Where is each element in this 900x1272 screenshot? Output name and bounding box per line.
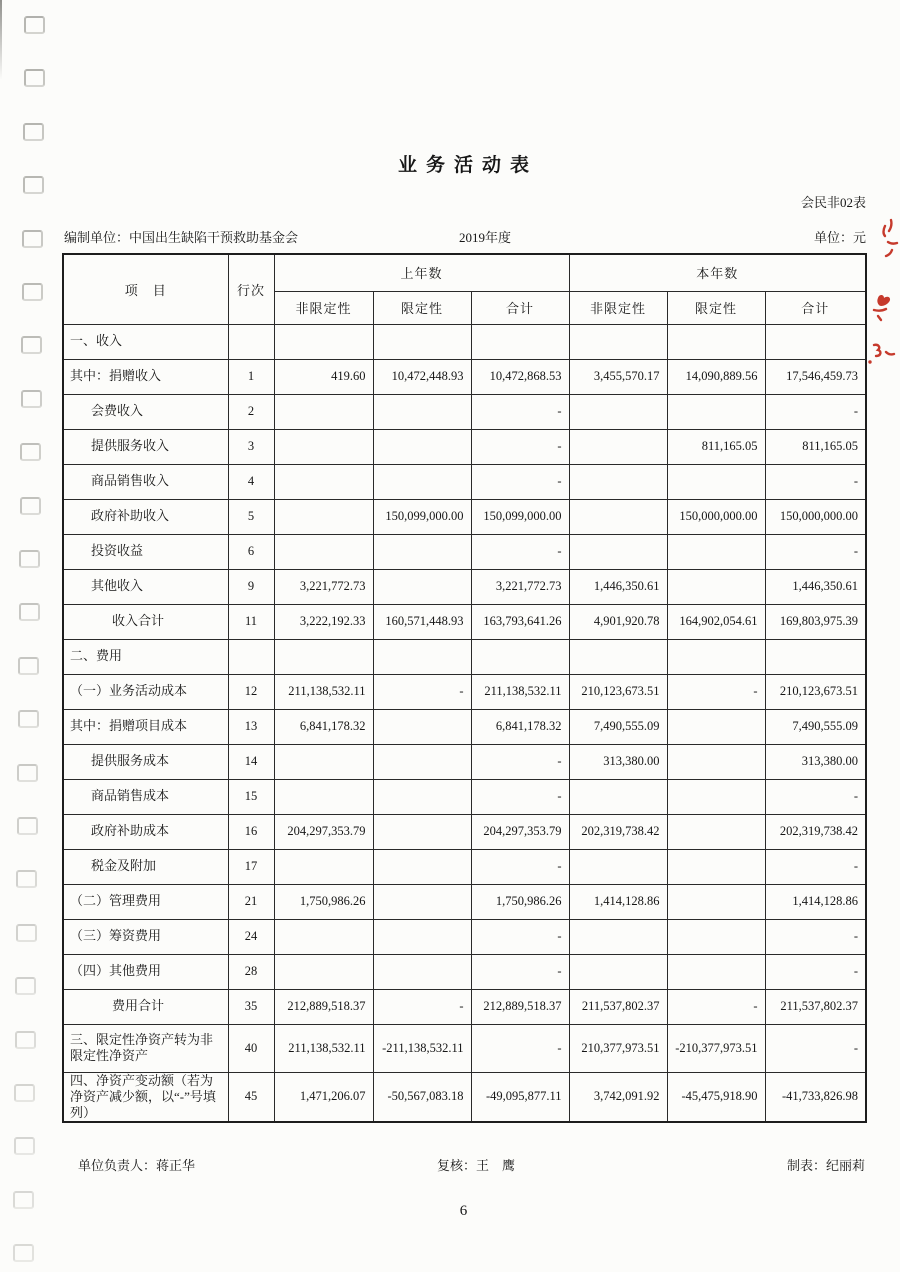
col-subheader-curr-restricted: 限定性	[667, 291, 765, 324]
row-value-cell: 6,841,178.32	[274, 709, 373, 744]
row-value-cell	[373, 814, 471, 849]
table-row: 商品销售成本15--	[63, 779, 866, 814]
row-value-cell	[373, 464, 471, 499]
row-value-cell: 1,750,986.26	[471, 884, 569, 919]
row-value-cell: -	[471, 429, 569, 464]
row-value-cell: 210,123,673.51	[765, 674, 866, 709]
table-row: 提供服务成本14-313,380.00313,380.00	[63, 744, 866, 779]
row-value-cell: -	[667, 674, 765, 709]
binding-hole	[24, 16, 45, 34]
table-row: 政府补助成本16204,297,353.79204,297,353.79202,…	[63, 814, 866, 849]
row-value-cell	[569, 534, 667, 569]
table-row: 收入合计113,222,192.33160,571,448.93163,793,…	[63, 604, 866, 639]
row-value-cell	[373, 639, 471, 674]
row-line-number: 12	[228, 674, 274, 709]
row-value-cell	[569, 849, 667, 884]
row-value-cell: 163,793,641.26	[471, 604, 569, 639]
row-line-number: 28	[228, 954, 274, 989]
page-title: 业务活动表	[62, 150, 865, 177]
row-value-cell: 150,099,000.00	[373, 499, 471, 534]
binding-hole	[17, 764, 38, 782]
row-value-cell: 150,099,000.00	[471, 499, 569, 534]
row-value-cell: 14,090,889.56	[667, 359, 765, 394]
row-value-cell: -	[471, 919, 569, 954]
signature-row: 单位负责人：蒋正华 复核：王 鹰 制表：纪丽莉	[62, 1155, 865, 1175]
row-value-cell: 204,297,353.79	[274, 814, 373, 849]
row-value-cell	[667, 919, 765, 954]
table-row: 会费收入2--	[63, 394, 866, 429]
row-value-cell	[373, 429, 471, 464]
binding-hole	[20, 497, 41, 515]
row-value-cell	[274, 954, 373, 989]
row-value-cell	[373, 324, 471, 359]
row-item-label: 提供服务收入	[63, 429, 228, 464]
row-value-cell: -	[471, 954, 569, 989]
responsible-name: 蒋正华	[156, 1158, 195, 1173]
row-value-cell	[765, 324, 866, 359]
binding-holes	[0, 0, 60, 1272]
row-value-cell	[274, 639, 373, 674]
row-value-cell	[569, 429, 667, 464]
row-value-cell	[274, 534, 373, 569]
row-value-cell	[274, 324, 373, 359]
row-value-cell	[274, 744, 373, 779]
binding-hole	[14, 1084, 35, 1102]
binding-hole	[23, 123, 44, 141]
row-value-cell	[274, 429, 373, 464]
row-line-number: 13	[228, 709, 274, 744]
row-value-cell: 3,742,091.92	[569, 1072, 667, 1122]
row-item-label: 四、净资产变动额（若为净资产减少额，以“-”号填列）	[63, 1072, 228, 1122]
row-item-label: 三、限定性净资产转为非限定性净资产	[63, 1024, 228, 1072]
row-line-number: 11	[228, 604, 274, 639]
row-value-cell: 3,222,192.33	[274, 604, 373, 639]
row-value-cell	[667, 534, 765, 569]
table-row: 四、净资产变动额（若为净资产减少额，以“-”号填列）451,471,206.07…	[63, 1072, 866, 1122]
row-value-cell	[667, 324, 765, 359]
row-value-cell: -	[765, 464, 866, 499]
binding-hole	[21, 390, 42, 408]
row-value-cell: 7,490,555.09	[765, 709, 866, 744]
row-line-number	[228, 324, 274, 359]
row-value-cell: 164,902,054.61	[667, 604, 765, 639]
row-value-cell: 811,165.05	[765, 429, 866, 464]
row-value-cell	[471, 324, 569, 359]
row-value-cell: 1,471,206.07	[274, 1072, 373, 1122]
table-row: 一、收入	[63, 324, 866, 359]
table-row: 二、费用	[63, 639, 866, 674]
row-line-number: 6	[228, 534, 274, 569]
row-value-cell: 1,446,350.61	[569, 569, 667, 604]
row-line-number: 1	[228, 359, 274, 394]
reviewer: 复核：王 鹰	[437, 1155, 515, 1174]
binding-hole	[14, 1137, 35, 1155]
prepared-by-label: 编制单位：	[64, 230, 129, 245]
row-value-cell: 150,000,000.00	[667, 499, 765, 534]
row-item-label: 费用合计	[63, 989, 228, 1024]
row-value-cell	[373, 849, 471, 884]
row-item-label: 投资收益	[63, 534, 228, 569]
reviewer-label: 复核：	[437, 1158, 476, 1173]
table-row: （一）业务活动成本12211,138,532.11-211,138,532.11…	[63, 674, 866, 709]
row-value-cell	[373, 394, 471, 429]
row-value-cell: 210,123,673.51	[569, 674, 667, 709]
row-value-cell	[373, 954, 471, 989]
row-value-cell: -	[471, 849, 569, 884]
row-value-cell	[274, 919, 373, 954]
table-row: 提供服务收入3-811,165.05811,165.05	[63, 429, 866, 464]
row-line-number: 5	[228, 499, 274, 534]
preparer-name: 纪丽莉	[826, 1158, 865, 1173]
row-value-cell	[667, 464, 765, 499]
row-line-number: 2	[228, 394, 274, 429]
binding-hole	[20, 443, 41, 461]
table-row: 税金及附加17--	[63, 849, 866, 884]
row-value-cell: 10,472,868.53	[471, 359, 569, 394]
row-value-cell: 3,455,570.17	[569, 359, 667, 394]
row-value-cell: -	[765, 849, 866, 884]
binding-hole	[17, 817, 38, 835]
row-item-label: 其中：捐赠项目成本	[63, 709, 228, 744]
row-value-cell: 202,319,738.42	[569, 814, 667, 849]
table-row: 费用合计35212,889,518.37-212,889,518.37211,5…	[63, 989, 866, 1024]
binding-hole	[18, 710, 39, 728]
form-code: 会民非02表	[801, 192, 866, 211]
row-item-label: （四）其他费用	[63, 954, 228, 989]
scanned-page: 业务活动表 会民非02表 编制单位：中国出生缺陷干预救助基金会 2019年度 单…	[0, 0, 900, 1272]
row-value-cell: -	[471, 534, 569, 569]
row-value-cell: -50,567,083.18	[373, 1072, 471, 1122]
row-value-cell	[373, 534, 471, 569]
row-value-cell	[373, 744, 471, 779]
row-value-cell: 7,490,555.09	[569, 709, 667, 744]
row-value-cell	[667, 639, 765, 674]
table-row: 其他收入93,221,772.733,221,772.731,446,350.6…	[63, 569, 866, 604]
col-header-item: 项 目	[63, 254, 228, 324]
row-value-cell	[569, 464, 667, 499]
row-item-label: 会费收入	[63, 394, 228, 429]
row-value-cell: 419.60	[274, 359, 373, 394]
unit-label: 单位：元	[814, 227, 866, 246]
binding-hole	[15, 1031, 36, 1049]
row-value-cell: 1,446,350.61	[765, 569, 866, 604]
row-value-cell	[667, 779, 765, 814]
row-value-cell	[569, 779, 667, 814]
row-value-cell: 4,901,920.78	[569, 604, 667, 639]
row-value-cell: 1,414,128.86	[569, 884, 667, 919]
row-value-cell: 3,221,772.73	[274, 569, 373, 604]
row-value-cell	[667, 744, 765, 779]
binding-hole	[22, 230, 43, 248]
row-value-cell: 1,414,128.86	[765, 884, 866, 919]
row-item-label: 税金及附加	[63, 849, 228, 884]
binding-hole	[22, 283, 43, 301]
row-item-label: 提供服务成本	[63, 744, 228, 779]
preparer-label: 制表：	[787, 1158, 826, 1173]
table-row: （四）其他费用28--	[63, 954, 866, 989]
row-line-number: 40	[228, 1024, 274, 1072]
row-value-cell	[667, 849, 765, 884]
binding-hole	[13, 1191, 34, 1209]
row-value-cell: 211,537,802.37	[569, 989, 667, 1024]
row-value-cell: 169,803,975.39	[765, 604, 866, 639]
row-value-cell: -211,138,532.11	[373, 1024, 471, 1072]
row-value-cell: -49,095,877.11	[471, 1072, 569, 1122]
table-row: 商品销售收入4--	[63, 464, 866, 499]
row-value-cell: 204,297,353.79	[471, 814, 569, 849]
col-subheader-prev-total: 合计	[471, 291, 569, 324]
binding-hole	[18, 657, 39, 675]
row-value-cell	[667, 814, 765, 849]
row-value-cell: 160,571,448.93	[373, 604, 471, 639]
row-value-cell	[373, 919, 471, 954]
col-subheader-prev-unrestricted: 非限定性	[274, 291, 373, 324]
binding-hole	[23, 176, 44, 194]
row-item-label: 政府补助成本	[63, 814, 228, 849]
row-value-cell	[373, 884, 471, 919]
row-item-label: 其中：捐赠收入	[63, 359, 228, 394]
business-activity-table: 项 目 行次 上年数 本年数 非限定性 限定性 合计 非限定性 限定性 合计 一…	[62, 253, 867, 1123]
row-value-cell: -210,377,973.51	[667, 1024, 765, 1072]
row-value-cell	[569, 394, 667, 429]
row-line-number: 16	[228, 814, 274, 849]
row-value-cell: 6,841,178.32	[471, 709, 569, 744]
row-value-cell: -	[471, 779, 569, 814]
table-row: 三、限定性净资产转为非限定性净资产40211,138,532.11-211,13…	[63, 1024, 866, 1072]
binding-hole	[19, 603, 40, 621]
row-line-number: 15	[228, 779, 274, 814]
row-value-cell: -	[765, 779, 866, 814]
row-value-cell	[471, 639, 569, 674]
row-value-cell: 17,546,459.73	[765, 359, 866, 394]
row-value-cell: -	[765, 394, 866, 429]
row-value-cell: 313,380.00	[569, 744, 667, 779]
row-value-cell	[569, 954, 667, 989]
header-row-groups: 项 目 行次 上年数 本年数	[63, 254, 866, 291]
row-item-label: 一、收入	[63, 324, 228, 359]
row-value-cell: 10,472,448.93	[373, 359, 471, 394]
row-value-cell	[274, 499, 373, 534]
row-line-number: 14	[228, 744, 274, 779]
row-value-cell: -	[471, 394, 569, 429]
table-row: 投资收益6--	[63, 534, 866, 569]
row-item-label: 政府补助收入	[63, 499, 228, 534]
binding-hole	[21, 336, 42, 354]
responsible-label: 单位负责人：	[78, 1158, 156, 1173]
row-item-label: 其他收入	[63, 569, 228, 604]
row-value-cell: 1,750,986.26	[274, 884, 373, 919]
row-line-number	[228, 639, 274, 674]
col-subheader-curr-unrestricted: 非限定性	[569, 291, 667, 324]
row-value-cell	[373, 709, 471, 744]
row-item-label: 商品销售成本	[63, 779, 228, 814]
col-subheader-curr-total: 合计	[765, 291, 866, 324]
table-row: 其中：捐赠收入1419.6010,472,448.9310,472,868.53…	[63, 359, 866, 394]
row-value-cell: 811,165.05	[667, 429, 765, 464]
row-value-cell	[667, 884, 765, 919]
row-item-label: 二、费用	[63, 639, 228, 674]
row-value-cell	[667, 569, 765, 604]
row-value-cell: -	[471, 744, 569, 779]
responsible-person: 单位负责人：蒋正华	[78, 1155, 195, 1174]
row-value-cell	[373, 569, 471, 604]
binding-hole	[19, 550, 40, 568]
row-value-cell: -	[765, 954, 866, 989]
row-value-cell	[667, 954, 765, 989]
row-value-cell: 313,380.00	[765, 744, 866, 779]
binding-hole	[13, 1244, 34, 1262]
row-value-cell	[765, 639, 866, 674]
row-value-cell	[569, 499, 667, 534]
col-header-prev-year: 上年数	[274, 254, 569, 291]
binding-hole	[24, 69, 45, 87]
row-line-number: 4	[228, 464, 274, 499]
fiscal-year: 2019年度	[459, 227, 511, 246]
row-line-number: 21	[228, 884, 274, 919]
row-value-cell	[274, 849, 373, 884]
row-item-label: 商品销售收入	[63, 464, 228, 499]
page-number: 6	[62, 1203, 865, 1220]
row-item-label: 收入合计	[63, 604, 228, 639]
row-line-number: 9	[228, 569, 274, 604]
row-line-number: 35	[228, 989, 274, 1024]
col-header-line-no: 行次	[228, 254, 274, 324]
row-value-cell: 211,138,532.11	[274, 674, 373, 709]
table-row: （三）筹资费用24--	[63, 919, 866, 954]
row-value-cell: 3,221,772.73	[471, 569, 569, 604]
row-value-cell: 212,889,518.37	[471, 989, 569, 1024]
table-row: 其中：捐赠项目成本136,841,178.326,841,178.327,490…	[63, 709, 866, 744]
row-item-label: （二）管理费用	[63, 884, 228, 919]
row-value-cell	[569, 639, 667, 674]
prepared-by: 编制单位：中国出生缺陷干预救助基金会	[64, 227, 298, 246]
table-body: 一、收入其中：捐赠收入1419.6010,472,448.9310,472,86…	[63, 324, 866, 1122]
row-value-cell	[274, 394, 373, 429]
preparer: 制表：纪丽莉	[787, 1155, 865, 1174]
row-value-cell: 211,138,532.11	[471, 674, 569, 709]
table-row: （二）管理费用211,750,986.261,750,986.261,414,1…	[63, 884, 866, 919]
binding-hole	[16, 870, 37, 888]
row-line-number: 3	[228, 429, 274, 464]
row-value-cell: -	[765, 534, 866, 569]
row-line-number: 45	[228, 1072, 274, 1122]
row-value-cell: 211,138,532.11	[274, 1024, 373, 1072]
reviewer-name: 王 鹰	[476, 1158, 515, 1173]
binding-hole	[15, 977, 36, 995]
row-value-cell	[373, 779, 471, 814]
row-value-cell: 210,377,973.51	[569, 1024, 667, 1072]
row-value-cell: -	[765, 919, 866, 954]
table-header: 项 目 行次 上年数 本年数 非限定性 限定性 合计 非限定性 限定性 合计	[63, 254, 866, 324]
row-value-cell	[667, 394, 765, 429]
row-value-cell: -	[373, 674, 471, 709]
row-item-label: （三）筹资费用	[63, 919, 228, 954]
row-value-cell: -	[667, 989, 765, 1024]
row-value-cell: -41,733,826.98	[765, 1072, 866, 1122]
prepared-by-value: 中国出生缺陷干预救助基金会	[129, 230, 298, 245]
row-value-cell: -	[471, 1024, 569, 1072]
col-subheader-prev-restricted: 限定性	[373, 291, 471, 324]
table-row: 政府补助收入5150,099,000.00150,099,000.00150,0…	[63, 499, 866, 534]
row-value-cell: 150,000,000.00	[765, 499, 866, 534]
row-value-cell: -	[765, 1024, 866, 1072]
row-value-cell: 211,537,802.37	[765, 989, 866, 1024]
row-line-number: 17	[228, 849, 274, 884]
row-value-cell	[569, 324, 667, 359]
row-value-cell	[274, 779, 373, 814]
row-value-cell: -45,475,918.90	[667, 1072, 765, 1122]
row-line-number: 24	[228, 919, 274, 954]
row-value-cell	[274, 464, 373, 499]
row-value-cell: -	[471, 464, 569, 499]
row-value-cell: 212,889,518.37	[274, 989, 373, 1024]
col-header-curr-year: 本年数	[569, 254, 866, 291]
row-value-cell: -	[373, 989, 471, 1024]
row-value-cell: 202,319,738.42	[765, 814, 866, 849]
row-value-cell	[569, 919, 667, 954]
binding-hole	[16, 924, 37, 942]
row-value-cell	[667, 709, 765, 744]
row-item-label: （一）业务活动成本	[63, 674, 228, 709]
